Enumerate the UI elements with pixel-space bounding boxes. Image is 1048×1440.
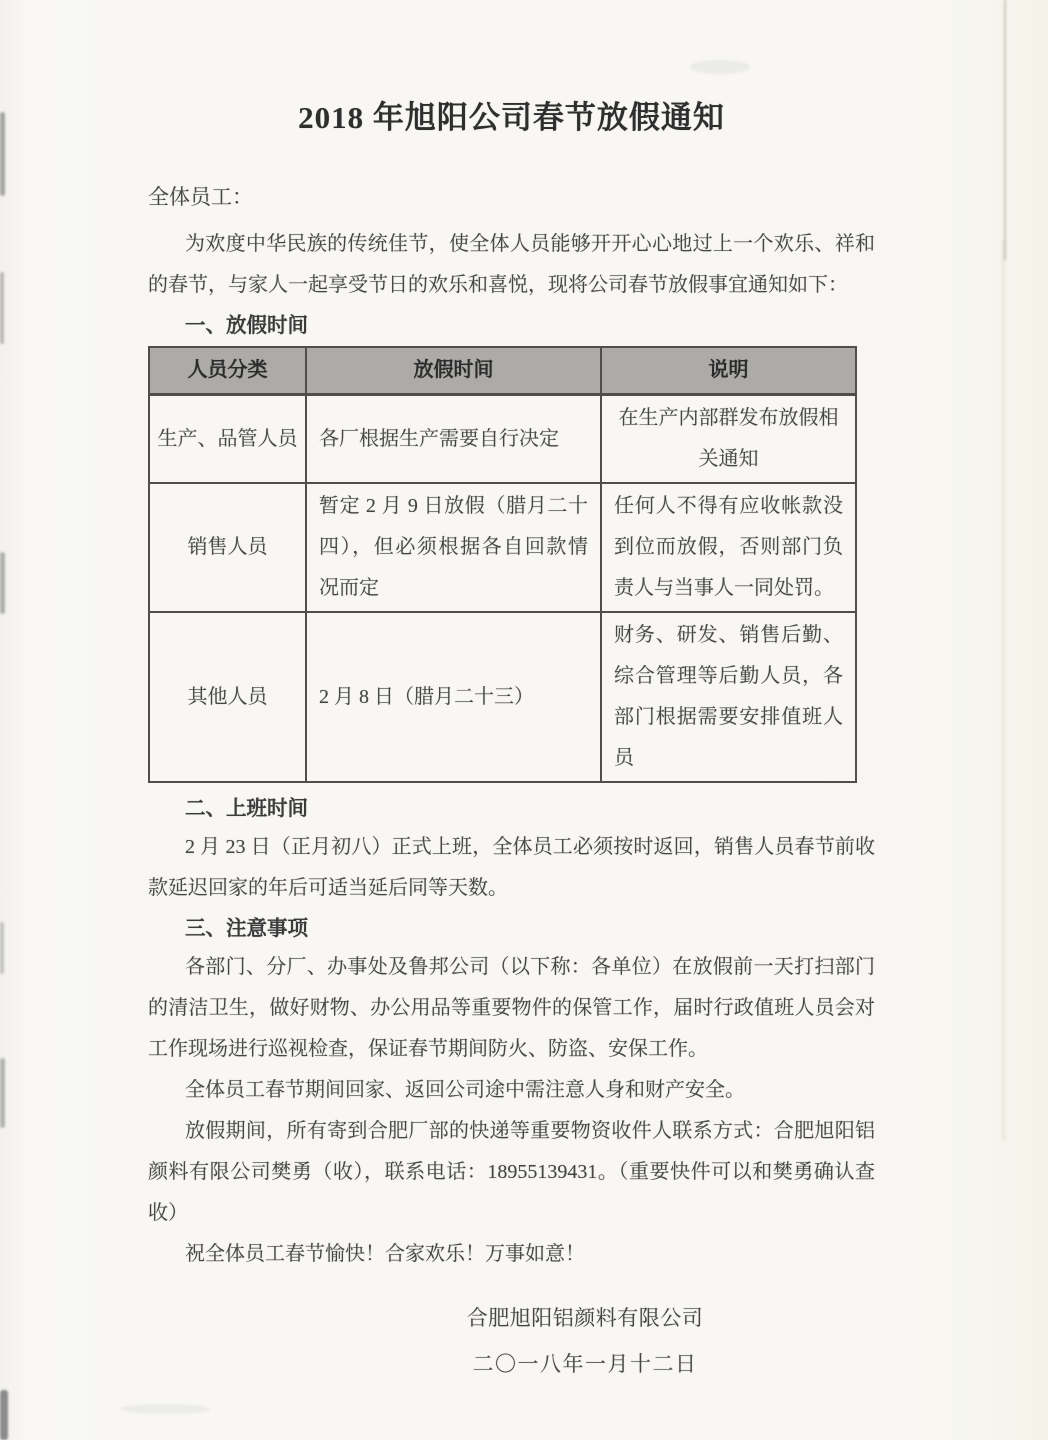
cell-remark: 在生产内部群发布放假相关通知	[601, 395, 856, 484]
scan-artifact-left-6	[0, 1390, 8, 1440]
signature-block: 合肥旭阳铝颜料有限公司 二〇一八年一月十二日	[375, 1295, 795, 1387]
scan-artifact-right-band	[1002, 240, 1005, 1140]
scan-artifact-left-4	[0, 922, 4, 974]
header-cell-category: 人员分类	[149, 347, 306, 395]
scan-artifact-left-3	[0, 552, 5, 614]
page-title: 2018 年旭阳公司春节放假通知	[148, 96, 875, 140]
cell-holiday-time: 暂定 2 月 9 日放假（腊月二十四），但必须根据各自回款情况而定	[306, 483, 601, 612]
section3-paragraph-safety: 全体员工春节期间回家、返回公司途中需注意人身和财产安全。	[148, 1070, 875, 1111]
cell-remark: 财务、研发、销售后勤、综合管理等后勤人员，各部门根据需要安排值班人员	[601, 612, 856, 782]
section1-heading: 一、放假时间	[148, 308, 875, 344]
scan-artifact-left-5	[0, 1058, 5, 1128]
section2-heading: 二、上班时间	[148, 791, 875, 827]
section3-paragraph-cleaning: 各部门、分厂、办事处及鲁邦公司（以下称：各单位）在放假前一天打扫部门的清洁卫生，…	[148, 947, 875, 1070]
table-row-sales: 销售人员 暂定 2 月 9 日放假（腊月二十四），但必须根据各自回款情况而定 任…	[149, 483, 856, 612]
scan-artifact-right-line	[1004, 0, 1006, 260]
intro-paragraph: 为欢度中华民族的传统佳节，使全体人员能够开开心心地过上一个欢乐、祥和的春节，与家…	[148, 224, 875, 306]
signature-date: 二〇一八年一月十二日	[375, 1341, 795, 1387]
cell-category: 其他人员	[149, 612, 306, 782]
scanned-notice-page: 2018 年旭阳公司春节放假通知 全体员工： 为欢度中华民族的传统佳节，使全体人…	[0, 0, 1048, 1440]
cell-holiday-time: 各厂根据生产需要自行决定	[306, 395, 601, 484]
table-row-production: 生产、品管人员 各厂根据生产需要自行决定 在生产内部群发布放假相关通知	[149, 395, 856, 484]
header-cell-remark: 说明	[601, 347, 856, 395]
cell-holiday-time: 2 月 8 日（腊月二十三）	[306, 612, 601, 782]
scan-artifact-bottom-smudge	[120, 1404, 210, 1414]
salutation: 全体员工：	[148, 182, 875, 212]
notice-content: 2018 年旭阳公司春节放假通知 全体员工： 为欢度中华民族的传统佳节，使全体人…	[148, 0, 875, 1387]
holiday-schedule-table: 人员分类 放假时间 说明 生产、品管人员 各厂根据生产需要自行决定 在生产内部群…	[148, 346, 857, 783]
cell-remark: 任何人不得有应收帐款没到位而放假，否则部门负责人与当事人一同处罚。	[601, 483, 856, 612]
scan-artifact-left-2	[0, 272, 4, 344]
section2-paragraph: 2 月 23 日（正月初八）正式上班，全体员工必须按时返回，销售人员春节前收款延…	[148, 827, 875, 909]
cell-category: 销售人员	[149, 483, 306, 612]
header-cell-holiday-time: 放假时间	[306, 347, 601, 395]
table-header-row: 人员分类 放假时间 说明	[149, 347, 856, 395]
section3-paragraph-delivery-contact: 放假期间，所有寄到合肥厂部的快递等重要物资收件人联系方式：合肥旭阳铝颜料有限公司…	[148, 1111, 875, 1234]
cell-category: 生产、品管人员	[149, 395, 306, 484]
table-row-others: 其他人员 2 月 8 日（腊月二十三） 财务、研发、销售后勤、综合管理等后勤人员…	[149, 612, 856, 782]
section3-paragraph-wishes: 祝全体员工春节愉快！合家欢乐！万事如意！	[148, 1234, 875, 1275]
scan-artifact-left-1	[0, 112, 5, 196]
signature-company: 合肥旭阳铝颜料有限公司	[375, 1295, 795, 1341]
section3-heading: 三、注意事项	[148, 911, 875, 947]
